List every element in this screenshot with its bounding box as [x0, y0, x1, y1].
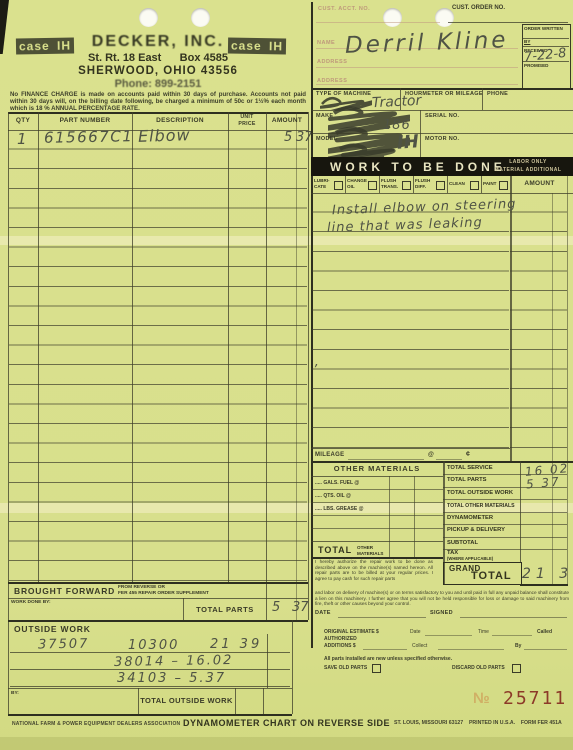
check-label: FLUSH DIFF.	[415, 178, 437, 190]
mileage-label: MILEAGE	[315, 452, 344, 458]
scan-corner-artifact	[0, 0, 9, 54]
col-line	[413, 176, 414, 193]
entry-qty: 1	[17, 130, 27, 148]
col-line	[481, 176, 482, 193]
fill-line	[524, 649, 567, 650]
section-line	[311, 133, 573, 134]
col-line	[263, 688, 264, 714]
other-materials-title: OTHER MATERIALS	[312, 464, 442, 473]
right-edge-line	[567, 176, 568, 584]
work-done-by-label: WORK DONE BY:	[11, 600, 51, 605]
est-called-label: Called	[537, 629, 552, 635]
brand-ih-text: IH	[57, 39, 71, 53]
save-old-parts-label: SAVE OLD PARTS	[324, 665, 367, 671]
est-collect-label: Collect	[412, 643, 427, 649]
model-handwritten: IH	[396, 131, 419, 153]
col-line	[235, 688, 236, 714]
qts-oil-label: ..... QTS. OIL @	[315, 493, 351, 499]
totals-label: TOTAL OTHER MATERIALS	[447, 503, 515, 509]
entry-part-number: 615667C1	[44, 127, 134, 147]
box-line	[311, 515, 443, 516]
punch-hole	[383, 8, 402, 27]
col-line	[420, 110, 421, 133]
save-old-parts-checkbox	[372, 664, 381, 673]
work-banner-title: WORK TO BE DONE	[330, 160, 506, 174]
totals-label: TOTAL SERVICE	[447, 465, 493, 471]
entry-description: Elbow	[138, 125, 191, 146]
outside-work-row-a: 37507	[38, 637, 90, 653]
footer-printer-info: ST. LOUIS, MISSOURI 63127 PRINTED IN U.S…	[394, 720, 562, 726]
company-city: SHERWOOD, OHIO 43556	[58, 65, 258, 77]
authorization-text: I hereby authorize the repair work to be…	[315, 559, 433, 582]
totals-row-line	[443, 524, 567, 525]
total-other-materials-small: OTHER MATERIALS	[357, 545, 383, 556]
box-line	[311, 541, 443, 542]
col-header-amount: AMOUNT	[266, 117, 308, 124]
col-line	[267, 634, 268, 688]
fill-line	[492, 635, 532, 636]
rule-line	[10, 652, 290, 653]
outside-work-row-b: 38014 – 16.02	[114, 653, 234, 670]
col-header-desc: DESCRIPTION	[132, 117, 228, 124]
totals-row-line	[443, 537, 567, 538]
check-label: CHANGE OIL	[347, 178, 369, 190]
labor-only-note: LABOR ONLY MATERIAL ADDITIONAL	[488, 159, 568, 174]
check-label: LUBRI-CATE	[314, 178, 336, 190]
finance-notice: No FINANCE CHARGE is made on accounts pa…	[10, 91, 306, 112]
fill-line	[436, 459, 462, 460]
cust-order-label: CUST. ORDER NO.	[452, 5, 505, 11]
totals-label: PICKUP & DELIVERY	[447, 527, 505, 533]
col-header-part: PART NUMBER	[38, 117, 132, 124]
cents-line	[552, 193, 553, 584]
by-label: BY:	[11, 691, 19, 696]
faint-line	[316, 67, 518, 68]
order-written-label: ORDER WRITTEN	[524, 26, 563, 31]
fill-line	[425, 635, 472, 636]
totals-label-sub: (WHERE APPLICABLE)	[447, 556, 493, 561]
signed-label: SIGNED	[430, 610, 453, 616]
cust-acct-label: CUST. ACCT. NO.	[318, 6, 370, 12]
col-line	[292, 620, 293, 714]
by-label: BY	[524, 39, 530, 44]
outside-work-row-b: 34103 – 5.37	[117, 671, 226, 686]
table-border	[308, 112, 309, 620]
box-line	[311, 528, 443, 529]
grand-total-label2: TOTAL	[471, 570, 512, 582]
lbs-grease-label: ..... LBS. GREASE @	[315, 506, 364, 512]
stray-pen-mark: ’	[313, 363, 317, 378]
totals-row-line	[443, 549, 567, 550]
clean-checkbox	[470, 181, 479, 190]
date-label: DATE	[315, 610, 331, 616]
name-label: NAME	[317, 40, 335, 46]
brought-forward-note: FROM REVERSE OR FER 455 REPAIR ORDER SUP…	[118, 585, 209, 597]
col-line	[420, 133, 421, 157]
box-col-line	[389, 476, 390, 557]
box-line	[311, 476, 443, 477]
est-time-label: Time	[478, 629, 489, 635]
col-line	[345, 176, 346, 193]
repair-order-form: case IH case IH DECKER, INC. St. Rt. 18 …	[0, 0, 573, 750]
section-line	[8, 598, 308, 599]
paint-checkbox	[499, 181, 508, 190]
totals-row-line	[443, 512, 567, 513]
box-line	[311, 502, 443, 503]
fill-line	[363, 649, 407, 650]
section-line	[8, 582, 308, 584]
punch-hole	[191, 8, 210, 27]
original-estimate-label: ORIGINAL ESTIMATE $	[324, 629, 379, 635]
footer-association: NATIONAL FARM & POWER EQUIPMENT DEALERS …	[12, 721, 180, 727]
gals-fuel-label: ..... GALS. FUEL @	[315, 480, 359, 486]
outside-work-row-b: 10300	[128, 638, 179, 653]
cust-order-line	[448, 22, 568, 23]
company-name: DECKER, INC.	[78, 33, 238, 51]
amount-col-line	[510, 176, 512, 462]
fill-line	[460, 617, 567, 618]
change-oil-checkbox	[368, 181, 377, 190]
lubricate-checkbox	[334, 181, 343, 190]
motor-no-label: MOTOR NO.	[425, 136, 459, 142]
entry-amount-dollars: 5	[284, 130, 292, 145]
customer-name-handwritten: Derril Kline	[345, 27, 509, 59]
make-handwritten: 186	[383, 118, 411, 133]
col-line	[447, 176, 448, 193]
col-header-unit-price: UNIT PRICE	[228, 114, 266, 128]
new-parts-note: All parts installed are new unless speci…	[324, 656, 452, 662]
mileage-at: @	[428, 452, 434, 458]
section-line	[311, 88, 573, 90]
fill-line	[438, 649, 504, 650]
brought-forward-label: BROUGHT FORWARD	[14, 586, 115, 596]
section-line	[8, 688, 292, 689]
discard-old-parts-label: DISCARD OLD PARTS	[452, 665, 505, 671]
serial-number: 25711	[503, 688, 567, 709]
rule-line	[10, 686, 290, 687]
outside-work-label: OUTSIDE WORK	[14, 624, 91, 634]
scan-bottom-shade	[0, 737, 573, 750]
est-date-label: Date	[410, 629, 421, 635]
model-label: MODEL	[316, 136, 337, 142]
brand-text: case	[19, 39, 50, 54]
box-line	[311, 489, 443, 490]
check-label: FLUSH TRANS.	[381, 178, 403, 190]
section-line	[311, 448, 510, 449]
company-address: St. Rt. 18 East Box 4585	[58, 52, 258, 64]
total-parts-dollars: 5	[272, 600, 280, 615]
col-line	[379, 176, 380, 193]
outside-work-row-c: 21 39	[210, 637, 262, 652]
section-line	[520, 584, 568, 586]
totals-label: SUBTOTAL	[447, 540, 478, 546]
col-header-qty: QTY	[8, 117, 38, 124]
serial-no-label: SERIAL NO.	[425, 113, 459, 119]
additions-label: ADDITIONS $	[324, 643, 356, 649]
total-other-materials-big: TOTAL	[318, 545, 352, 555]
flush-trans-checkbox	[402, 181, 411, 190]
fill-line	[348, 459, 424, 460]
mileage-cents: ¢	[466, 451, 470, 458]
flush-diff-checkbox	[436, 181, 445, 190]
phone-label: PHONE	[487, 91, 508, 97]
address-label: ADDRESS	[317, 59, 347, 65]
total-parts-label: TOTAL PARTS	[185, 605, 265, 614]
faint-line	[316, 22, 440, 23]
company-phone: Phone: 899-2151	[58, 78, 258, 90]
authorized-label: AUTHORIZED	[324, 636, 357, 642]
totals-label: DYNAMOMETER	[447, 515, 493, 521]
section-line	[8, 714, 292, 716]
authorization-text: and labor on delivery of machine(s) or o…	[315, 590, 569, 607]
punch-hole	[139, 8, 158, 27]
section-line	[311, 461, 573, 463]
serial-prefix: №	[473, 690, 490, 707]
footer-dynamometer-note: DYNAMOMETER CHART ON REVERSE SIDE	[183, 718, 390, 728]
section-line	[8, 620, 308, 622]
total-outside-work-label: TOTAL OUTSIDE WORK	[140, 696, 233, 705]
grand-total-value: 21 39	[522, 566, 573, 582]
totals-row-line	[443, 499, 567, 500]
total-parts-cents: 37	[292, 600, 309, 615]
check-label: CLEAN	[449, 181, 471, 186]
discard-old-parts-checkbox	[512, 664, 521, 673]
est-by-label: By	[515, 643, 521, 649]
totals-label: TOTAL PARTS	[447, 477, 487, 483]
amount-col-rules	[510, 193, 567, 462]
total-parts-value: 5 37	[525, 475, 561, 492]
box-col-line	[414, 476, 415, 557]
totals-label: TOTAL OUTSIDE WORK	[447, 490, 513, 496]
brand-ih-text: IH	[269, 39, 283, 53]
col-line	[138, 688, 139, 714]
fill-line	[338, 617, 426, 618]
col-line	[183, 598, 184, 620]
parts-rows-rules	[9, 130, 307, 582]
amount-header: AMOUNT	[512, 180, 567, 187]
rule-line	[10, 669, 290, 670]
faint-line	[316, 84, 518, 85]
